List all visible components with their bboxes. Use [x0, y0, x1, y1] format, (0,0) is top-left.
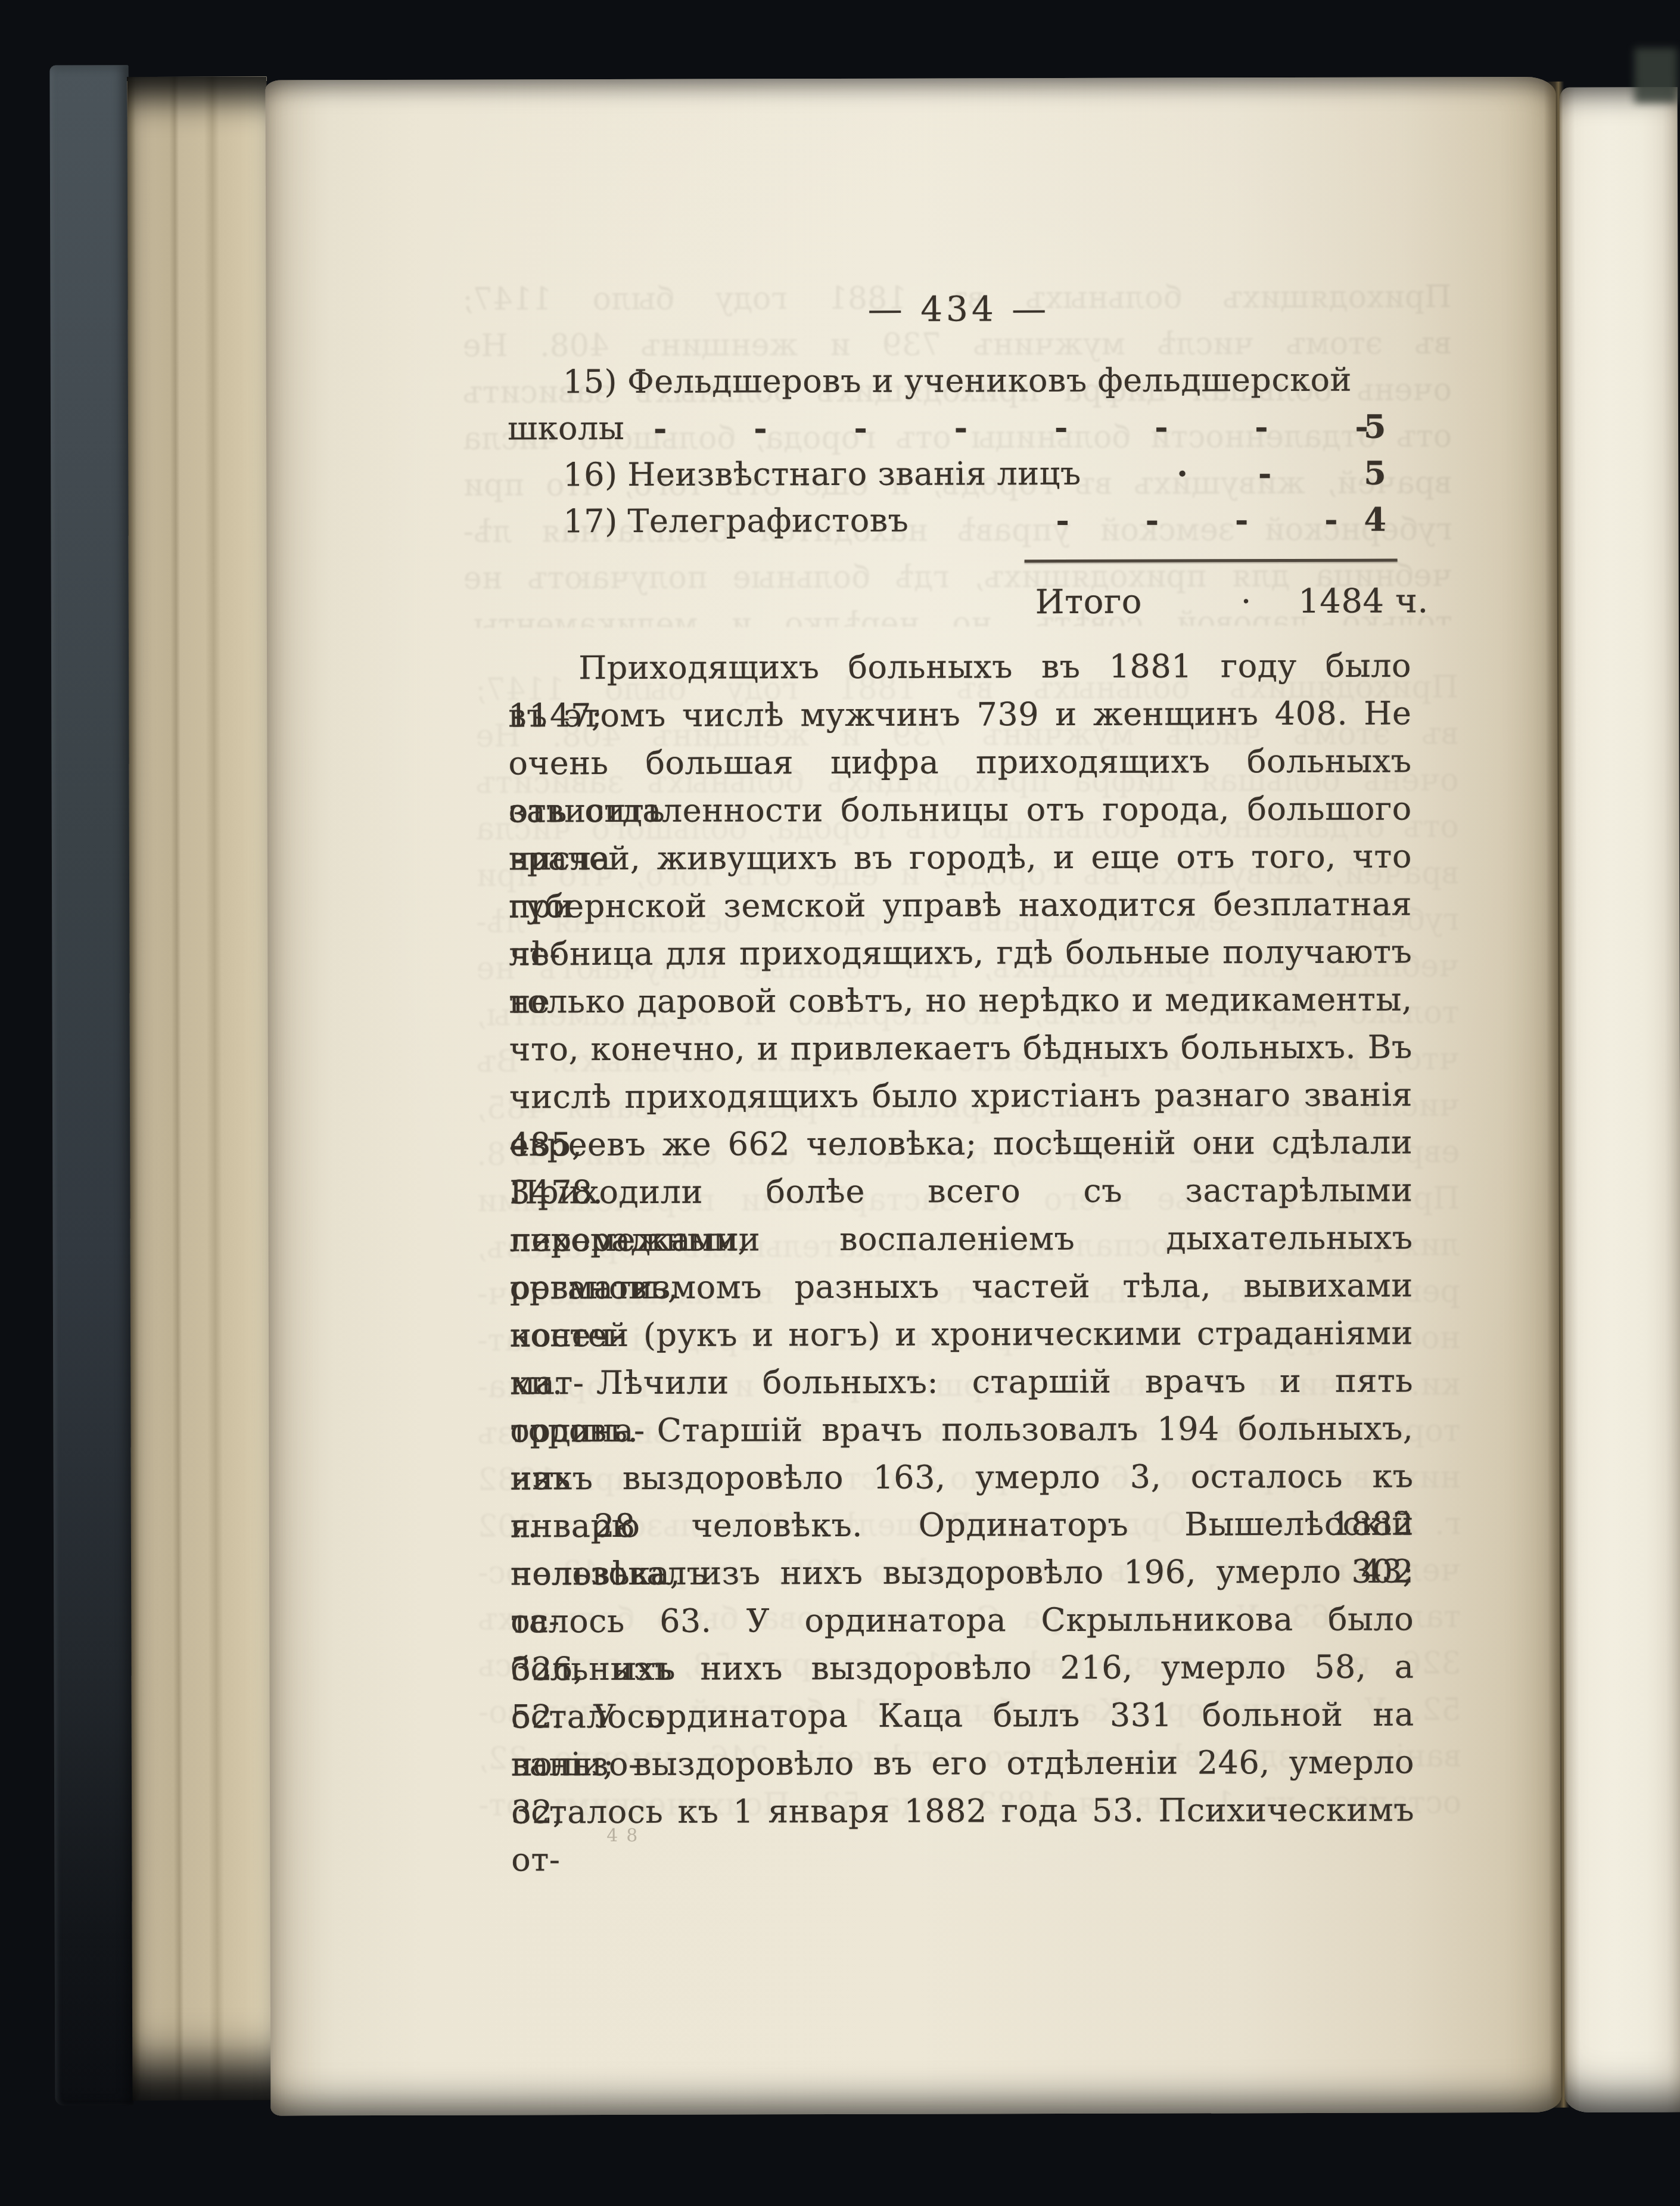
list-item-15-wrap: школы - - - - - - - - 5	[508, 402, 1411, 452]
paragraph-line: 52. У ординатора Каца былъ 331 больной н…	[511, 1691, 1414, 1741]
total-label: Итого	[1035, 579, 1142, 626]
list-item-16: 16) Неизвѣстнаго званія лицъ · - 5	[508, 449, 1411, 499]
bleedthrough-line: ки. Лѣчили больныхъ: старшій врачъ и пят…	[477, 1361, 1460, 1410]
bleedthrough-line: очень большая цифра приходящихъ больныхъ…	[463, 366, 1452, 415]
bleedthrough-line: только даровой совѣтъ, но нерѣдко и меди…	[463, 599, 1452, 627]
dash-leader: · -	[1177, 449, 1272, 497]
bleedthrough-line: губернской земской управѣ находится безп…	[476, 896, 1459, 945]
paragraph-line: очень большая цифра приходящихъ больныхъ…	[508, 737, 1411, 787]
paragraph-line: ревматизмомъ разныхъ частей тѣла, вывиха…	[510, 1262, 1413, 1312]
bleedthrough-line: 326, изъ нихъ выздоровѣло 216, умерло 58…	[478, 1640, 1461, 1689]
item-value: 5	[1333, 403, 1386, 450]
bleedthrough-line: отъ отдаленности больницы отъ города, бо…	[463, 413, 1452, 462]
bleedthrough-line: врачей, живущихъ въ городѣ, и еще отъ то…	[476, 850, 1459, 899]
bleedthrough-line: 52. У ординатора Каца былъ 331 больной н…	[478, 1686, 1461, 1735]
paragraph-line: лихорадками, воспаленіемъ дыхательныхъ о…	[509, 1214, 1413, 1264]
list-item-15: 15) Фельдшеровъ и учениковъ фельдшерской	[508, 356, 1411, 406]
bleedthrough-line: ваніи; выздоровѣло въ его отдѣленіи 246,…	[478, 1733, 1461, 1782]
bleedthrough-line: числѣ приходящихъ было христіанъ разнаго…	[477, 1082, 1460, 1131]
paragraph-line: талось 63. У ординатора Скрыльникова был…	[511, 1595, 1414, 1645]
page-number: — 434 —	[507, 287, 1410, 331]
item-text: Фельдшеровъ и учениковъ фельдшерской	[627, 356, 1352, 406]
bleedthrough-line: въ этомъ числѣ мужчинъ 739 и женщинъ 408…	[475, 710, 1458, 759]
paragraph-line: чебница для приходящихъ, гдѣ больные пол…	[509, 928, 1412, 978]
paragraph-line: только даровой совѣтъ, но нерѣдко и меди…	[509, 975, 1412, 1026]
paragraph-line: числѣ приходящихъ было христіанъ разнаго…	[509, 1071, 1413, 1121]
paragraph-line: ностей (рукъ и ногъ) и хроническими стра…	[510, 1309, 1413, 1359]
paragraph-line: въ этомъ числѣ мужчинъ 739 и женщинъ 408…	[508, 689, 1411, 740]
bleedthrough-line: ревматизмомъ разныхъ частей тѣла, вывиха…	[477, 1268, 1460, 1317]
facing-page-edge	[1560, 87, 1680, 2112]
bleedthrough-line: что, конечно, и привлекаетъ бѣдныхъ боль…	[477, 1036, 1460, 1085]
paragraph-line: торовъ. Старшій врачъ пользовалъ 194 бол…	[510, 1405, 1413, 1455]
bleedthrough-line: въ этомъ числѣ мужчинъ 739 и женщинъ 408…	[463, 320, 1452, 369]
paragraph-line: что, конечно, и привлекаетъ бѣдныхъ боль…	[509, 1023, 1413, 1073]
paragraph-line: отъ отдаленности больницы отъ города, бо…	[509, 785, 1412, 835]
item-number: 17)	[563, 498, 617, 545]
signature-mark: 48	[606, 1825, 646, 1846]
bleedthrough-line: Приходили болѣе всего съ застарѣлыми пер…	[477, 1175, 1460, 1224]
cover-corner-patch	[1634, 48, 1677, 102]
total-row: Итого · 1484 ч.	[508, 577, 1411, 627]
bleedthrough-line: талось 63. У ординатора Скрыльникова был…	[478, 1593, 1461, 1642]
bleedthrough-line: осталось къ 1 января 1882 года 53. Психи…	[478, 1779, 1461, 1828]
dash-leader: - - - - - - - -	[654, 403, 1369, 452]
bleedthrough-line: отъ отдаленности больницы отъ города, бо…	[476, 803, 1459, 852]
bleedthrough-text: Приходящихъ больныхъ въ 1881 году было 1…	[462, 274, 1452, 627]
bleedthrough-line: евреевъ же 662 человѣка; посѣщеній они с…	[477, 1129, 1460, 1177]
bleedthrough-line: врачей, живущихъ въ городѣ, и еще отъ то…	[463, 459, 1452, 508]
paragraph-line: ваніи; выздоровѣло въ его отдѣленіи 246,…	[511, 1738, 1414, 1788]
body-paragraph: Приходящихъ больныхъ въ 1881 году было 1…	[508, 642, 1414, 1836]
bleedthrough-line: торовъ. Старшій врачъ пользовалъ 194 бол…	[477, 1408, 1460, 1456]
item-number: 15)	[563, 358, 617, 406]
item-text: Телеграфистовъ	[627, 497, 909, 545]
bleedthrough-line: чебница для приходящихъ, гдѣ больные пол…	[476, 943, 1459, 992]
paragraph-line: 326, изъ нихъ выздоровѣло 216, умерло 58…	[511, 1643, 1414, 1693]
list-item-17: 17) Телеграфистовъ - - - - 4	[508, 495, 1411, 545]
total-dot: ·	[1241, 578, 1252, 626]
item-number: 16)	[563, 451, 617, 499]
bleedthrough-line: нихъ выздоровѣло 163, умерло 3, осталось…	[478, 1454, 1461, 1503]
bleedthrough-text: Приходящихъ больныхъ въ 1881 году было 1…	[475, 664, 1461, 1870]
paragraph-line: Приходящихъ больныхъ въ 1881 году было 1…	[508, 642, 1411, 692]
bleedthrough-line: лихорадками, воспаленіемъ дыхательныхъ о…	[477, 1222, 1460, 1270]
bleedthrough-line: человѣка, изъ нихъ выздоровѣло 196, умер…	[478, 1547, 1461, 1596]
paragraph-line: ки. Лѣчили больныхъ: старшій врачъ и пят…	[510, 1357, 1413, 1407]
bleedthrough-line: чебница для приходящихъ, гдѣ больные пол…	[463, 552, 1452, 601]
dash-leader: - - - -	[1056, 496, 1338, 544]
total-value: 1484 ч.	[1250, 577, 1429, 626]
paragraph-line: нихъ выздоровѣло 163, умерло 3, осталось…	[511, 1452, 1414, 1502]
paragraph-line: Приходили болѣе всего съ застарѣлыми пер…	[509, 1166, 1413, 1216]
scanned-book-photo: Приходящихъ больныхъ въ 1881 году было 1…	[0, 0, 1680, 2206]
paragraph-line: человѣка, изъ нихъ выздоровѣло 196, умер…	[511, 1548, 1414, 1598]
bleedthrough-line: только даровой совѣтъ, но нерѣдко и меди…	[477, 989, 1460, 1038]
paragraph-line: осталось къ 1 января 1882 года 53. Психи…	[511, 1786, 1414, 1836]
book-cover-edge	[49, 65, 133, 2105]
main-page: Приходящихъ больныхъ въ 1881 году было 1…	[266, 77, 1561, 2116]
paragraph-line: врачей, живущихъ въ городѣ, и еще отъ то…	[509, 832, 1412, 883]
bleedthrough-line: г. 28 человѣкъ. Ординаторъ Вышелѣсскій п…	[478, 1500, 1461, 1549]
paragraph-line: г. 28 человѣкъ. Ординаторъ Вышелѣсскій п…	[511, 1500, 1414, 1550]
paragraph-line: евреевъ же 662 человѣка; посѣщеній они с…	[509, 1118, 1413, 1169]
item-text: школы	[508, 405, 624, 453]
total-rule	[1025, 559, 1398, 563]
item-text: Неизвѣстнаго званія лицъ	[627, 450, 1081, 499]
bleedthrough-line: ностей (рукъ и ногъ) и хроническими стра…	[477, 1315, 1460, 1363]
page-edge-stack	[127, 77, 272, 2101]
bleedthrough-line: Приходящихъ больныхъ въ 1881 году было 1…	[462, 274, 1451, 322]
bleedthrough-line: Приходящихъ больныхъ въ 1881 году было 1…	[475, 664, 1458, 713]
bleedthrough-line: очень большая цифра приходящихъ больныхъ…	[475, 757, 1458, 806]
item-value: 4	[1333, 496, 1386, 543]
item-value: 5	[1333, 449, 1386, 497]
paragraph-line: губернской земской управѣ находится безп…	[509, 880, 1412, 930]
bleedthrough-line: губернской земской управѣ находится безп…	[463, 506, 1452, 555]
book: Приходящихъ больныхъ въ 1881 году было 1…	[0, 0, 1680, 2206]
